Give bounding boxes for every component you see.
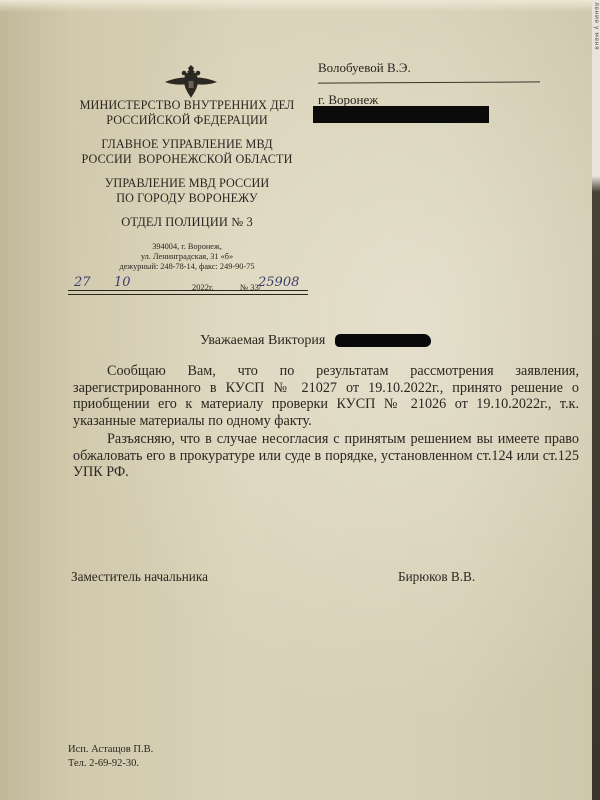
registration-line: 27 10 2022г. № 33/ 25908 bbox=[68, 277, 308, 297]
underline bbox=[68, 290, 308, 291]
background-edge bbox=[592, 0, 600, 800]
letterhead: МИНИСТЕРСТВО ВНУТРЕННИХ ДЕЛ РОССИЙСКОЙ Ф… bbox=[68, 98, 306, 241]
executor-info: Исп. Астащов П.В. Тел. 2-69-92-30. bbox=[68, 743, 153, 771]
redacted-surname bbox=[335, 334, 431, 347]
main-directorate-name: ГЛАВНОЕ УПРАВЛЕНИЕ МВД РОССИИ ВОРОНЕЖСКО… bbox=[68, 137, 306, 167]
department-name: ОТДЕЛ ПОЛИЦИИ № 3 bbox=[68, 215, 306, 230]
salutation: Уважаемая Виктория bbox=[200, 333, 325, 349]
redacted-address bbox=[313, 106, 489, 123]
city-directorate-name: УПРАВЛЕНИЕ МВД РОССИИ ПО ГОРОДУ ВОРОНЕЖУ bbox=[68, 176, 306, 206]
double-headed-eagle-icon bbox=[163, 62, 219, 102]
signatory-title: Заместитель начальника bbox=[71, 569, 208, 585]
underline-bold bbox=[68, 294, 308, 295]
paragraph-appeal-rights: Разъясняю, что в случае несогласия с при… bbox=[73, 431, 579, 481]
executor-phone: Тел. 2-69-92-30. bbox=[68, 757, 153, 771]
handwritten-number: 25908 bbox=[258, 275, 299, 290]
letter-body: Сообщаю Вам, что по результатам рассмотр… bbox=[73, 363, 579, 483]
recipient-divider bbox=[318, 81, 540, 83]
department-address: 394004, г. Воронеж, ул. Ленинградская, 3… bbox=[68, 242, 306, 272]
recipient-name: Волобуевой В.Э. bbox=[318, 60, 411, 76]
handwritten-day: 27 bbox=[74, 275, 91, 290]
letter-paper: МИНИСТЕРСТВО ВНУТРЕННИХ ДЕЛ РОССИЙСКОЙ Ф… bbox=[0, 0, 594, 800]
executor-name: Исп. Астащов П.В. bbox=[68, 743, 153, 757]
signatory-name: Бирюков В.В. bbox=[398, 569, 475, 585]
handwritten-month: 10 bbox=[114, 275, 131, 290]
ministry-name: МИНИСТЕРСТВО ВНУТРЕННИХ ДЕЛ РОССИЙСКОЙ Ф… bbox=[68, 98, 306, 128]
paragraph-decision: Сообщаю Вам, что по результатам рассмотр… bbox=[73, 363, 579, 429]
background-paper-text: ление у меня bbox=[592, 2, 600, 82]
